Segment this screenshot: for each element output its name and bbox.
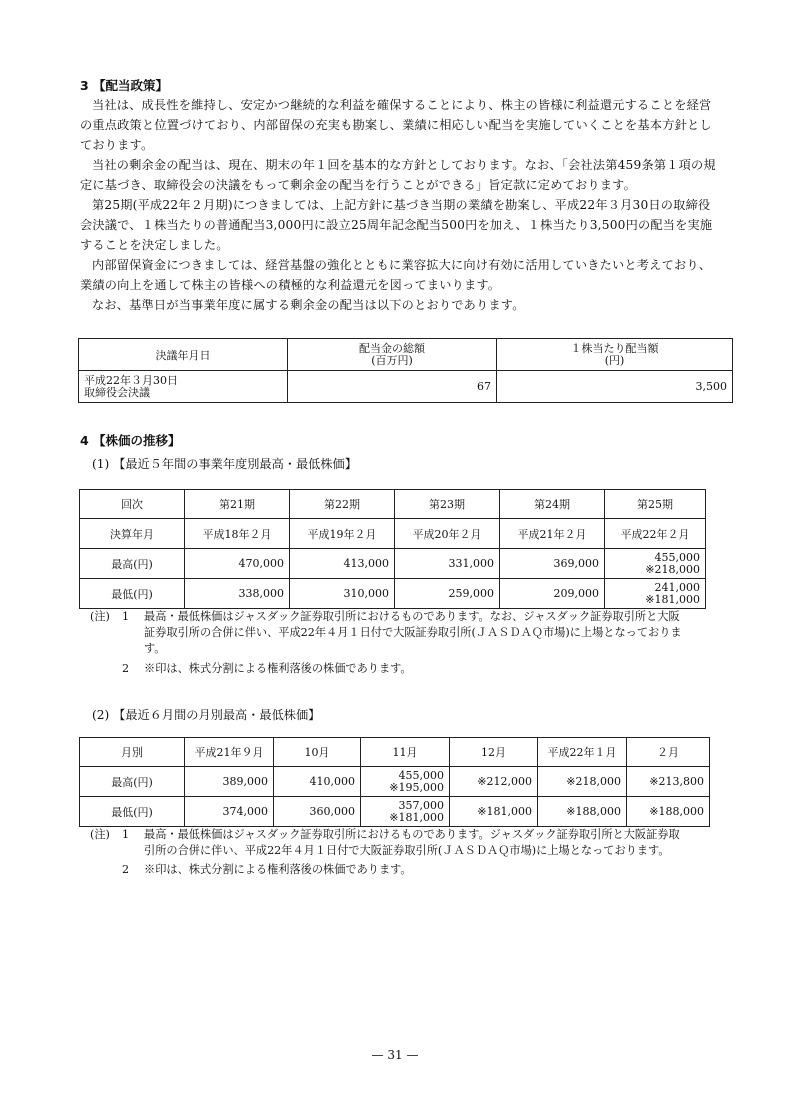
paragraph: 内部留保資金につきましては、経営基盤の強化とともに業容拡大に向け有効に活用してい… xyxy=(80,255,722,295)
month-cell: 11月 xyxy=(361,738,450,767)
low-price-cell: 374,000 xyxy=(185,797,274,827)
high-price-cell: 410,000 xyxy=(274,767,361,797)
section3-title: 3 【配当政策】 xyxy=(80,76,168,94)
row-label: 最高(円) xyxy=(80,767,185,797)
row-label: 月別 xyxy=(80,738,185,767)
fiscal-month-cell: 平成21年２月 xyxy=(500,519,605,549)
high-price-cell: 331,000 xyxy=(395,549,500,579)
row-label: 最低(円) xyxy=(80,797,185,827)
header-cell: 配当金の総額(百万円) xyxy=(288,339,497,371)
sub1-notes: (注) 1 最高・最低株価はジャスダック証券取引所におけるものであります。なお、… xyxy=(90,609,730,677)
high-price-cell: 455,000※195,000 xyxy=(361,767,450,797)
low-price-cell: 338,000 xyxy=(185,579,290,609)
low-price-cell: 310,000 xyxy=(290,579,395,609)
fiscal-month-cell: 平成19年２月 xyxy=(290,519,395,549)
fiscal-month-cell: 平成22年２月 xyxy=(605,519,706,549)
low-price-cell: 209,000 xyxy=(500,579,605,609)
high-price-cell: 470,000 xyxy=(185,549,290,579)
low-price-cell: 259,000 xyxy=(395,579,500,609)
high-price-cell: ※218,000 xyxy=(538,767,627,797)
monthly-stock-price-table: 月別 平成21年９月 10月 11月 12月 平成22年１月 ２月 最高(円) … xyxy=(79,737,710,827)
header-cell: 決議年月日 xyxy=(79,339,288,371)
high-price-cell: 369,000 xyxy=(500,549,605,579)
month-cell: ２月 xyxy=(627,738,710,767)
sub1-title: (1) 【最近５年間の事業年度別最高・最低株価】 xyxy=(92,455,357,472)
dividend-table: 決議年月日 配当金の総額(百万円) １株当たり配当額(円) 平成22年３月30日… xyxy=(78,338,733,403)
paragraph: なお、基準日が当事業年度に属する剰余金の配当は以下のとおりであります。 xyxy=(80,295,722,315)
row-label: 回次 xyxy=(80,490,185,519)
section3-body: 当社は、成長性を維持し、安定かつ継続的な利益を確保することにより、株主の皆様に利… xyxy=(80,95,722,315)
row-label: 最高(円) xyxy=(80,549,185,579)
period-cell: 第23期 xyxy=(395,490,500,519)
row-label: 決算年月 xyxy=(80,519,185,549)
high-price-cell: ※212,000 xyxy=(450,767,538,797)
month-cell: 12月 xyxy=(450,738,538,767)
dividend-total-cell: 67 xyxy=(288,371,497,403)
high-price-cell: ※213,800 xyxy=(627,767,710,797)
month-cell: 平成22年１月 xyxy=(538,738,627,767)
header-cell: １株当たり配当額(円) xyxy=(497,339,733,371)
low-price-cell: ※188,000 xyxy=(538,797,627,827)
high-price-cell: 413,000 xyxy=(290,549,395,579)
row-label: 最低(円) xyxy=(80,579,185,609)
paragraph: 当社の剰余金の配当は、現在、期末の年１回を基本的な方針としております。なお、「会… xyxy=(80,155,722,195)
paragraph: 第25期(平成22年２月期)につきましては、上記方針に基づき当期の業績を勘案し、… xyxy=(80,195,722,255)
period-cell: 第22期 xyxy=(290,490,395,519)
month-cell: 10月 xyxy=(274,738,361,767)
page-number: — 31 — xyxy=(0,1048,790,1062)
low-price-cell: 241,000※181,000 xyxy=(605,579,706,609)
period-cell: 第24期 xyxy=(500,490,605,519)
month-cell: 平成21年９月 xyxy=(185,738,274,767)
section4-title: 4 【株価の推移】 xyxy=(80,431,181,449)
period-cell: 第25期 xyxy=(605,490,706,519)
sub2-notes: (注) 1 最高・最低株価はジャスダック証券取引所におけるものであります。ジャス… xyxy=(90,827,730,878)
high-price-cell: 389,000 xyxy=(185,767,274,797)
resolution-date-cell: 平成22年３月30日取締役会決議 xyxy=(79,371,288,403)
sub2-title: (2) 【最近６月間の月別最高・最低株価】 xyxy=(92,706,320,723)
period-cell: 第21期 xyxy=(185,490,290,519)
annual-stock-price-table: 回次 第21期 第22期 第23期 第24期 第25期 決算年月 平成18年２月… xyxy=(79,489,706,609)
low-price-cell: 360,000 xyxy=(274,797,361,827)
low-price-cell: ※188,000 xyxy=(627,797,710,827)
paragraph: 当社は、成長性を維持し、安定かつ継続的な利益を確保することにより、株主の皆様に利… xyxy=(80,95,722,155)
dividend-per-share-cell: 3,500 xyxy=(497,371,733,403)
low-price-cell: 357,000※181,000 xyxy=(361,797,450,827)
fiscal-month-cell: 平成18年２月 xyxy=(185,519,290,549)
low-price-cell: ※181,000 xyxy=(450,797,538,827)
high-price-cell: 455,000※218,000 xyxy=(605,549,706,579)
fiscal-month-cell: 平成20年２月 xyxy=(395,519,500,549)
